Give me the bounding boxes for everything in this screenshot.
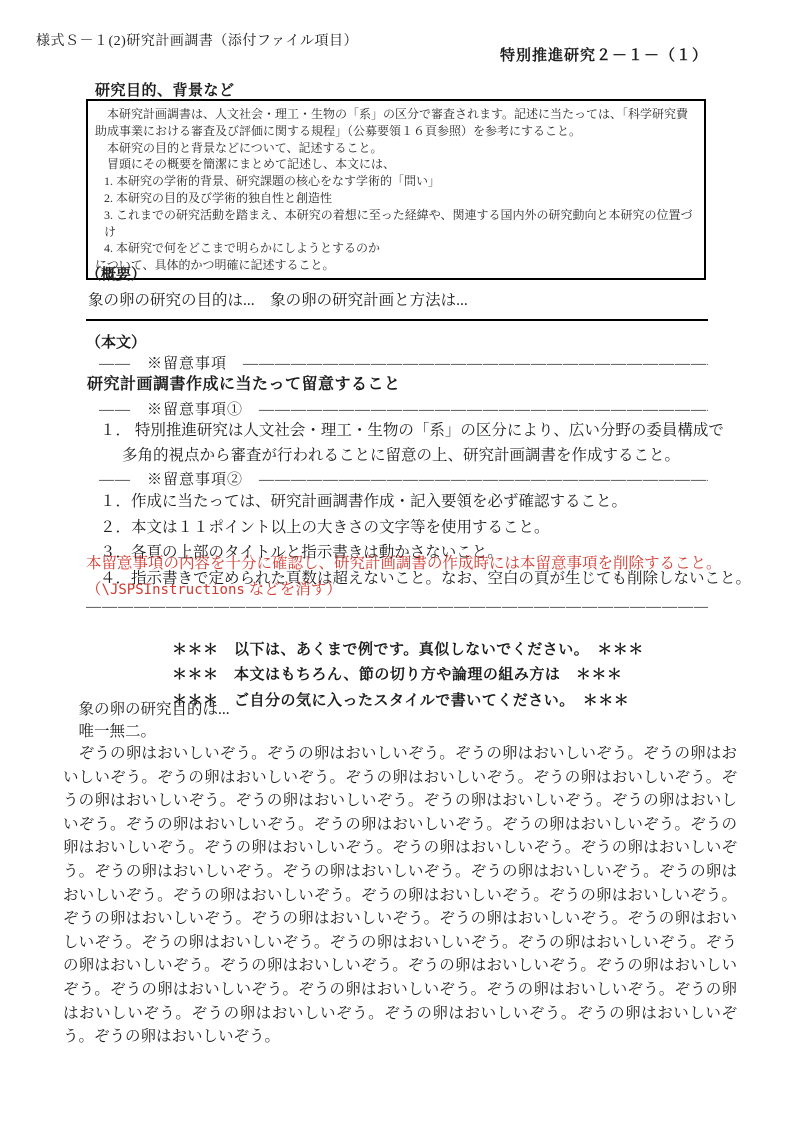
instruction-line: について、具体的かつ明確に記述すること。 — [95, 257, 697, 274]
delete-instructions-warning: 本留意事項の内容を十分に確認し、研究計画調書の作成時には本留意事項を削除すること… — [86, 551, 754, 603]
warning-line: 本留意事項の内容を十分に確認し、研究計画調書の作成時には本留意事項を削除すること… — [86, 551, 754, 577]
document-page: 様式Ｓ－１(2)研究計画調書（添付ファイル項目） 特別推進研究２－１－（１） 研… — [0, 0, 794, 1123]
instruction-list-item: 4. 本研究で何をどこまで明らかにしようとするのか — [95, 240, 697, 257]
example-star-line: ＊＊＊ 本文はもちろん、節の切り方や論理の組み方は ＊＊＊ — [172, 662, 644, 687]
dashed-separator: ――――――――――――――――――――――――――――――――――――――――… — [86, 599, 708, 616]
note1-header: ―― ※留意事項① ―――――――――――――――――――――――――――――― — [99, 398, 708, 419]
warning-paren: （ — [86, 581, 102, 598]
instruction-box: 本研究計画調書は、人文社会・理工・生物の「系」の区分で審査されます。記述に当たっ… — [86, 99, 706, 280]
warning-suffix: などを消す） — [245, 581, 342, 598]
note-header: ―― ※留意事項 ――――――――――――――――――――――――――――――― — [99, 352, 708, 373]
summary-label: （概要） — [86, 263, 146, 284]
instruction-line: 本研究計画調書は、人文社会・理工・生物の「系」の区分で審査されます。記述に当たっ… — [95, 106, 697, 140]
example-intro: 象の卵の研究目的は... 唯一無二。 — [63, 699, 230, 743]
notice-title: 研究計画調書作成に当たって留意すること — [87, 371, 401, 394]
note2-item: １．作成に当たっては、研究計画調書作成・記入要領を必ず確認すること。 — [100, 489, 768, 515]
section-divider — [86, 319, 708, 321]
note2-item: ２．本文は１１ポイント以上の大きさの文字等を使用すること。 — [100, 515, 768, 541]
example-star-line: ＊＊＊ ご自分の気に入ったスタイルで書いてください。 ＊＊＊ — [172, 688, 644, 713]
example-star-line: ＊＊＊ 以下は、あくまで例です。真似しないでください。 ＊＊＊ — [172, 637, 644, 662]
example-intro-line: 唯一無二。 — [63, 721, 230, 743]
instruction-list-item: 3. これまでの研究活動を踏まえ、本研究の着想に至った経緯や、関連する国内外の研… — [95, 207, 697, 241]
instruction-list-item: 2. 本研究の目的及び学術的独自性と創造性 — [95, 190, 697, 207]
main-body-label: （本文） — [86, 331, 146, 352]
instruction-line: 冒頭にその概要を簡潔にまとめて記述し、本文には、 — [95, 156, 697, 173]
note2-header: ―― ※留意事項② ―――――――――――――――――――――――――――――― — [99, 468, 708, 489]
instruction-line: 本研究の目的と背景などについて、記述すること。 — [95, 140, 697, 157]
section-title: 研究目的、背景など — [95, 79, 235, 100]
example-intro-line: 象の卵の研究目的は... — [63, 699, 230, 721]
example-body-text: ぞうの卵はおいしいぞう。ぞうの卵はおいしいぞう。ぞうの卵はおいしいぞう。ぞうの卵… — [63, 742, 737, 1049]
latex-command-text: \JSPSInstructions — [102, 582, 245, 598]
instruction-list-item: 1. 本研究の学術的背景、研究課題の核心をなす学術的「問い」 — [95, 173, 697, 190]
note1-item: １． 特別推進研究は人文社会・理工・生物の「系」の区分により、広い分野の委員構成… — [100, 418, 738, 468]
category-header: 特別推進研究２－１－（１） — [360, 44, 708, 65]
summary-text: 象の卵の研究の目的は... 象の卵の研究計画と方法は... — [88, 288, 468, 310]
example-star-block: ＊＊＊ 以下は、あくまで例です。真似しないでください。 ＊＊＊ ＊＊＊ 本文はも… — [172, 637, 644, 713]
form-id-header: 様式Ｓ－１(2)研究計画調書（添付ファイル項目） — [36, 30, 358, 50]
